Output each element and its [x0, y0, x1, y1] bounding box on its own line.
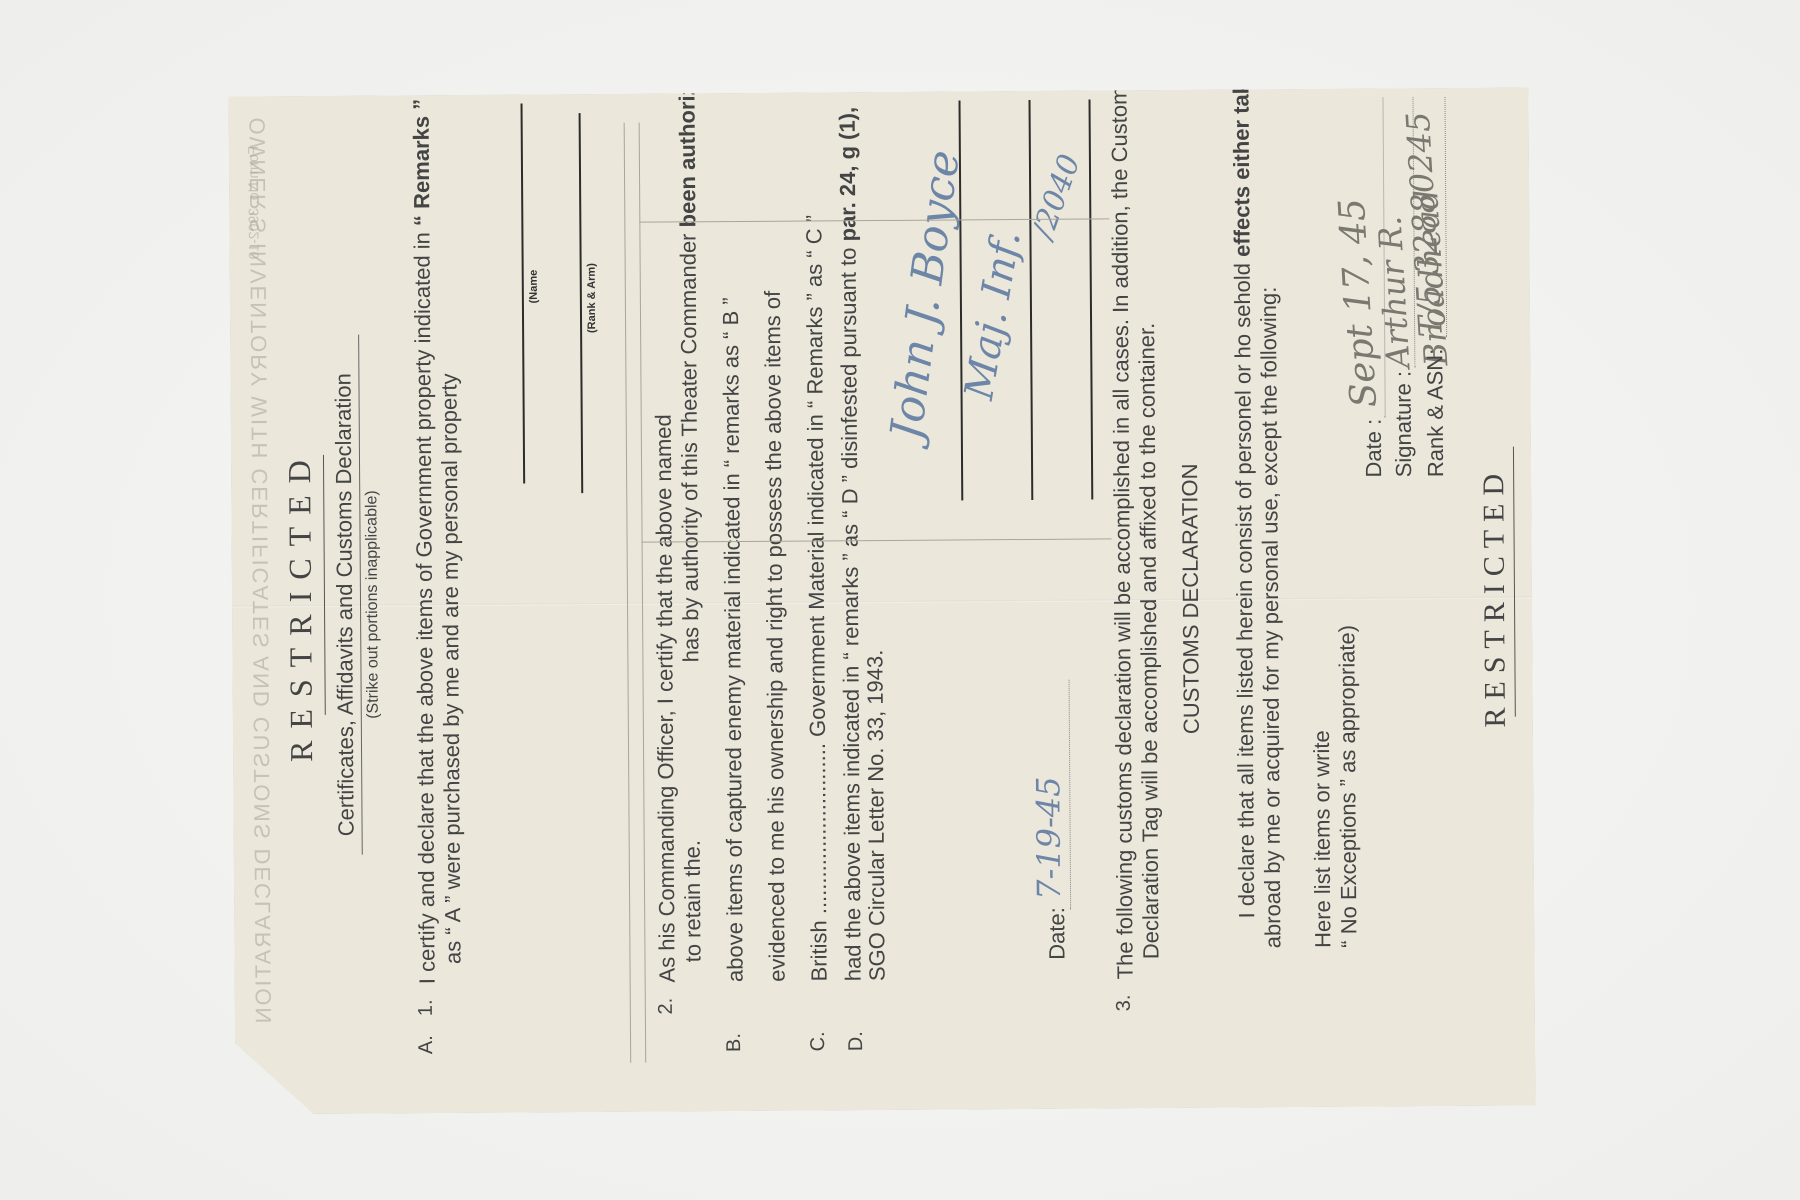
section-a-line2: as “ A ” were purchased by me and are my…: [436, 373, 466, 964]
rank-arm-caption: (Rank & Arm): [586, 263, 598, 333]
grid-vrule: [642, 538, 1112, 542]
customs-here-line2: “ No Exceptions ” as appropriate): [1334, 625, 1362, 948]
section-d-label: D.: [845, 1031, 868, 1051]
section-c-label: C.: [807, 1031, 830, 1051]
customs-decl-line1: I declare that all items listed herein c…: [1228, 56, 1260, 918]
section-b-line1: above items of captured enemy material i…: [718, 297, 749, 982]
classification-top: RESTRICTED: [279, 105, 323, 1105]
officer-extra-mark: /2040: [1026, 150, 1088, 243]
section-2-line2: has by authority of this Theater Command…: [674, 59, 704, 663]
rank-signature-line: [579, 113, 584, 493]
form-sheet: OWNER'S INVENTORY WITH CERTIFICATES AND …: [228, 87, 1535, 1114]
section-2-number: 2.: [655, 998, 678, 1015]
form-page-rotated: OWNER'S INVENTORY WITH CERTIFICATES AND …: [239, 97, 1526, 1106]
section-2-line3: to retain the.: [680, 840, 707, 962]
officer-date-line: [1069, 680, 1072, 910]
section-a-line1: I certify and declare that the above ite…: [408, 99, 440, 985]
name-signature-line: [521, 103, 526, 483]
section-a-label: A.: [415, 1035, 438, 1054]
section-a-number: 1.: [415, 999, 438, 1016]
strike-instruction: (Strike out portions inapplicable): [361, 105, 386, 1105]
grid-rule: [624, 123, 632, 1063]
officer-date-value: 7-19-45: [1029, 776, 1068, 900]
section-b-line2: evidenced to me his ownership and right …: [760, 291, 791, 982]
declarant-date-label: Date :: [1361, 419, 1387, 478]
bleed-through-form-no: Form No. 3902-10: [245, 145, 262, 259]
classification-bottom: RESTRICTED: [1474, 97, 1515, 1097]
section-3-line1: The following customs declaration will b…: [1106, 76, 1138, 980]
section-d-line1: had the above items indicated in “ remar…: [835, 107, 867, 981]
customs-here-line1: Here list items or write: [1309, 730, 1337, 948]
officer-date-label: Date:: [1044, 907, 1070, 960]
section-c-line1: British ............................ Gov…: [801, 215, 832, 982]
bottom-underline: [1513, 447, 1516, 717]
officer-rank: Maj. Inf.: [956, 227, 1030, 403]
grid-rule: [639, 123, 647, 1063]
customs-decl-line2: abroad by me or acquired for my personal…: [1256, 287, 1287, 949]
declarant-signature-label: Signature :: [1390, 371, 1417, 478]
form-title: Certificates, Affidavits and Customs Dec…: [329, 105, 362, 1105]
name-caption: (Name: [528, 270, 540, 304]
declarant-rank-asn-label: Rank & ASN:: [1422, 349, 1449, 478]
officer-rank-line: [1029, 100, 1034, 500]
officer-extra-line: [1089, 100, 1094, 500]
title-underline: [323, 455, 326, 715]
section-3-line2: Declaration Tag will be accomplished and…: [1134, 323, 1164, 960]
officer-signature-name: John J. Boyce: [881, 147, 970, 443]
customs-declaration-heading: CUSTOMS DECLARATION: [1175, 99, 1208, 1099]
section-d-line2: SGO Circular Letter No. 33, 1943.: [862, 650, 890, 982]
section-3-number: 3.: [1113, 995, 1136, 1012]
section-2-line1: As his Commanding Officer, I certify tha…: [651, 414, 681, 982]
section-b-label: B.: [723, 1033, 746, 1052]
